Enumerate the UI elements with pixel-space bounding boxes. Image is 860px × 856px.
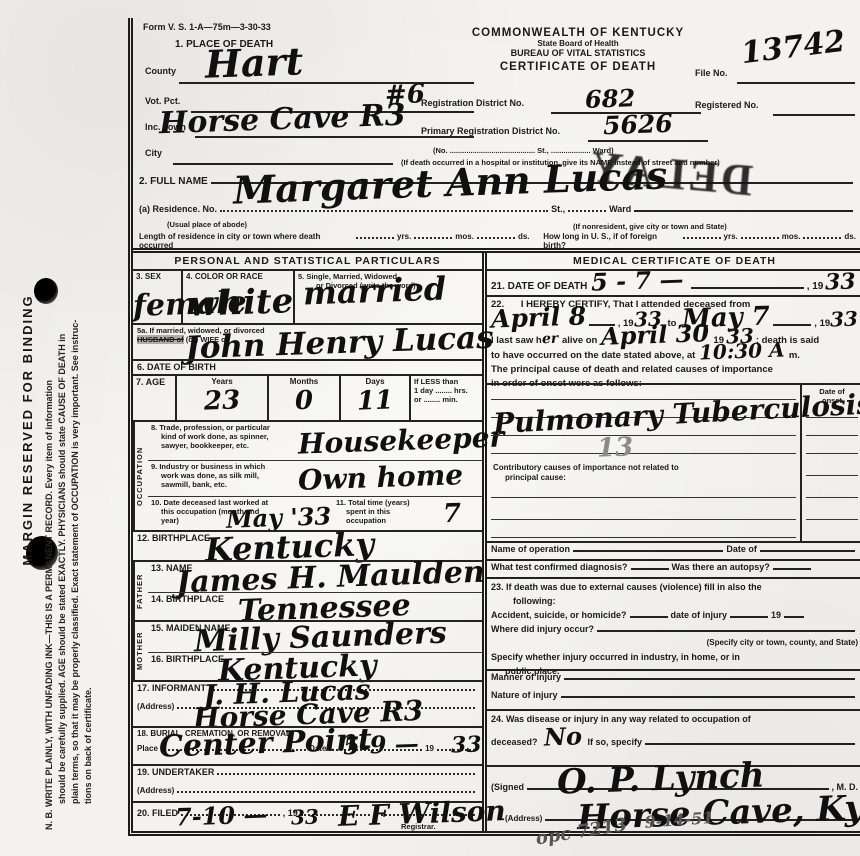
personal-title: PERSONAL AND STATISTICAL PARTICULARS (133, 253, 482, 269)
cause-rule (491, 497, 796, 498)
columns: PERSONAL AND STATISTICAL PARTICULARS 3. … (133, 248, 860, 831)
leader (356, 235, 394, 239)
operation-row: Name of operation Date of (487, 541, 860, 559)
certificate-title: CERTIFICATE OF DEATH (413, 61, 743, 73)
occupation-side-label: OCCUPATION (133, 422, 148, 530)
leader (573, 548, 723, 552)
death-certificate-scan: MARGIN RESERVED FOR BINDING N. B. WRITE … (0, 0, 860, 856)
registration-district-value: 682 (585, 83, 636, 114)
accident-label: Accident, suicide, or homicide? (491, 608, 627, 622)
age-days-cell: Days 11 (339, 376, 409, 420)
age-days-label: Days (344, 377, 406, 386)
informant-address-label: (Address) (137, 702, 174, 711)
to-19: , 19 (814, 317, 830, 331)
burial-19: 19 (425, 744, 434, 753)
age-years-cell: Years 23 (175, 376, 267, 420)
onset-rule (806, 417, 858, 418)
dod-19: , 19 (807, 281, 824, 292)
filed-year-value: 33 (291, 805, 320, 830)
nature-label: Nature of injury (491, 690, 558, 700)
industry-row: 9. Industry or business in which work wa… (148, 460, 482, 496)
filed-value: 7-10 — (175, 799, 268, 831)
binding-margin: MARGIN RESERVED FOR BINDING N. B. WRITE … (20, 30, 124, 830)
lastsaw-value: April 30 (601, 326, 709, 344)
dod-year: 33 (825, 268, 857, 295)
age-less-3: or ........ min. (414, 395, 479, 404)
leader (217, 771, 475, 775)
age-months-value: 0 (294, 386, 313, 417)
trade-value: Housekeeper (297, 420, 504, 460)
leader (803, 235, 841, 239)
attended-from-value: April 8 (491, 309, 587, 326)
leader (597, 628, 855, 632)
external-1: 23. If death was due to external causes … (491, 580, 858, 594)
state-board: State Board of Health (413, 39, 743, 48)
husband-struck: HUSBAND of (137, 335, 184, 344)
total-time-value: 7 (442, 499, 461, 530)
where-label: Where did injury occur? (491, 622, 594, 636)
personal-column: PERSONAL AND STATISTICAL PARTICULARS 3. … (133, 253, 487, 831)
ds-label: ds. (518, 232, 530, 241)
lastsaw-er: er (541, 332, 558, 347)
onset-label-2: onset (802, 396, 860, 405)
registered-no-label: Registered No. (695, 100, 759, 110)
address-label: (Address) (505, 814, 542, 823)
injury-19: 19 (771, 608, 781, 622)
dod-line (691, 285, 804, 289)
color-label: 4. COLOR OR RACE (186, 272, 263, 281)
leader (730, 614, 768, 618)
deceased-label: deceased? (491, 735, 538, 750)
yrs-label: yrs. (724, 232, 738, 241)
onset-rule (806, 475, 858, 476)
filed-row: 20. FILED , 19 7-10 — 33 E F Wilson Regi… (133, 801, 482, 831)
date-of-death-row: 21. DATE OF DEATH 5 - 7 — , 19 33 (487, 269, 860, 295)
full-name-row: 2. FULL NAME Margaret Ann Lucas DELAY (133, 176, 860, 204)
length-label: Length of residence in city or town wher… (139, 232, 353, 250)
father-side-label: FATHER (133, 562, 148, 620)
injury-date-label: date of injury (671, 608, 728, 622)
birthplace-label: 12. BIRTHPLACE (137, 533, 210, 543)
certify-block: 22. I HEREBY CERTIFY, That I attended de… (487, 295, 860, 383)
leader (773, 566, 811, 570)
margin-nb-line: should be carefully supplied. AGE should… (56, 30, 69, 830)
file-no-line (737, 82, 855, 84)
cause-rule (491, 537, 796, 538)
age-years-value: 23 (203, 385, 240, 416)
test-row: What test confirmed diagnosis? Was there… (487, 559, 860, 577)
residence-ward-line (568, 208, 606, 212)
occurred-m: m. (789, 349, 800, 363)
leader (477, 235, 515, 239)
certificate-form: Form V. S. 1-A—75m—3-30-33 1. PLACE OF D… (128, 18, 860, 836)
industry-value: Own home (297, 458, 463, 497)
occurred-text: to have occurred on the date stated abov… (491, 349, 695, 363)
dob-row: 6. DATE OF BIRTH (133, 359, 482, 374)
residence-line (220, 208, 548, 212)
file-no-value: 13742 (739, 24, 847, 71)
mother-block: MOTHER 15. MAIDEN NAME Milly Saunders 16… (133, 620, 482, 680)
registration-district-label: Registration District No. (421, 98, 524, 108)
manner-label: Manner of injury (491, 672, 561, 682)
external-2: following: (491, 594, 858, 608)
leader (683, 235, 721, 239)
where-note: (Specify city or town, county, and State… (491, 636, 858, 650)
leader (784, 614, 804, 618)
onset-label-1: Date of (802, 387, 860, 396)
operation-label: Name of operation (491, 544, 570, 554)
undertaker-row: 19. UNDERTAKER (Address) (133, 764, 482, 801)
leader (561, 694, 855, 698)
age-months-cell: Months 0 (267, 376, 339, 420)
informant-label: 17. INFORMANT (137, 683, 206, 693)
county-value: Hart (204, 38, 304, 86)
nonresident-note: (If nonresident, give city or town and S… (573, 222, 727, 231)
medical-column: MEDICAL CERTIFICATE OF DEATH 21. DATE OF… (487, 253, 860, 831)
informant-row: 17. INFORMANT J. H. Lucas (Address) Hors… (133, 680, 482, 726)
contributory-label-2: principal cause: (505, 473, 566, 482)
registrar-label: Registrar. (401, 822, 436, 831)
onset-rule (806, 519, 858, 520)
city-label: City (145, 148, 162, 158)
lastsaw-text: I last saw h (491, 334, 542, 348)
full-name-label: 2. FULL NAME (139, 176, 208, 187)
county-label: County (145, 66, 176, 76)
yrs-label: yrs. (397, 232, 411, 241)
inc-town-value: Horse Cave R3 (158, 98, 406, 142)
age-less-1: If LESS than (414, 377, 479, 386)
leader (630, 614, 668, 618)
primary-registration-value: 5626 (603, 109, 674, 140)
onset-column: Date of onset (800, 385, 860, 541)
occupation-question-block: 24. Was disease or injury in any way rel… (487, 709, 860, 765)
file-no-label: File No. (695, 68, 728, 78)
ds-label: ds. (844, 232, 856, 241)
onset-rule (806, 497, 858, 498)
father-block: FATHER 13. NAME James H. Maulden 14. BIR… (133, 560, 482, 620)
city-street-note: (No. ...................................… (433, 146, 614, 155)
nature-row: Nature of injury (487, 689, 860, 709)
sex-cell: 3. SEX female (133, 271, 183, 323)
burial-place-value: Center Point (158, 722, 372, 764)
burial-year-value: 33 (451, 731, 483, 758)
mos-label: mos. (782, 232, 801, 241)
age-less-2: 1 day ........ hrs. (414, 386, 479, 395)
cause-rule (491, 453, 796, 454)
form-number: Form V. S. 1-A—75m—3-30-33 (143, 22, 271, 32)
cause-rule (491, 519, 796, 520)
residence-notes: (Usual place of abode) (If nonresident, … (133, 220, 860, 232)
state-header: COMMONWEALTH OF KENTUCKY State Board of … (413, 27, 743, 73)
leader (414, 235, 452, 239)
sex-label: 3. SEX (136, 272, 161, 281)
q24-value: No (543, 728, 581, 744)
onset-rule (806, 435, 858, 436)
to-year: 33 (830, 312, 858, 327)
age-label-cell: 7. AGE (133, 376, 175, 420)
leader (645, 741, 855, 745)
cause-box: Pulmonary Tuberculosis. 13 Contributory … (487, 383, 860, 541)
vot-pct-label: Vot. Pct. (145, 96, 180, 106)
age-days-value: 11 (356, 385, 393, 416)
primary-registration-label: Primary Registration District No. (421, 126, 560, 136)
operation-date-label: Date of (726, 544, 757, 554)
age-years-label: Years (180, 377, 264, 386)
test-label: What test confirmed diagnosis? (491, 562, 628, 572)
margin-nb-line: N. B. WRITE PLAINLY, WITH UNFADING INK—T… (43, 30, 56, 830)
residence-st-label: St., (551, 204, 565, 214)
residence-line2 (634, 208, 853, 212)
last-worked-row: 10. Date deceased last worked at this oc… (148, 496, 482, 531)
burial-place-label: Place (137, 744, 158, 753)
cause-area: Pulmonary Tuberculosis. 13 Contributory … (487, 385, 800, 541)
occupation-block: OCCUPATION 8. Trade, profession, or part… (133, 420, 482, 530)
length-residence-row: Length of residence in city or town wher… (133, 232, 860, 248)
residence-ward-label: Ward (609, 204, 631, 214)
form-header: Form V. S. 1-A—75m—3-30-33 1. PLACE OF D… (133, 18, 860, 176)
mother-name-row: 15. MAIDEN NAME Milly Saunders (148, 622, 482, 652)
mother-birthplace-label: 16. BIRTHPLACE (151, 654, 224, 664)
residence-row: (a) Residence. No. St., Ward (133, 204, 860, 220)
mother-side-label: MOTHER (133, 622, 148, 680)
leader (760, 548, 855, 552)
marital-value: married (303, 285, 446, 299)
leader (631, 566, 669, 570)
leader (177, 789, 475, 793)
filed-label: 20. FILED (137, 808, 178, 818)
marital-cell: 5. Single, Married, Widowed or Divorced … (295, 271, 482, 323)
age-months-label: Months (272, 377, 336, 386)
burial-row: 18. BURIAL, CREMATION, OR REMOVAL Place … (133, 726, 482, 764)
spouse-row: 5a. If married, widowed, or divorced HUS… (133, 323, 482, 359)
specify-1: Specify whether injury occurred in indus… (491, 650, 858, 664)
dob-label: 6. DATE OF BIRTH (137, 362, 216, 372)
margin-nb-line: plain terms, so that it may be properly … (69, 30, 82, 830)
last-worked-cell: 10. Date deceased last worked at this oc… (148, 497, 333, 531)
dod-label: 21. DATE OF DEATH (491, 281, 587, 292)
alive-on: alive on (562, 334, 597, 348)
margin-nb-line: tions on back of certificate. (82, 30, 95, 830)
contributory-label-1: Contributory causes of importance not re… (493, 463, 773, 472)
mos-label: mos. (455, 232, 474, 241)
onset-rule (806, 453, 858, 454)
residence-label: (a) Residence. No. (139, 204, 217, 214)
commonwealth-title: COMMONWEALTH OF KENTUCKY (413, 27, 743, 39)
age-row: 7. AGE Years 23 Months 0 Days 11 (133, 374, 482, 420)
father-name-row: 13. NAME James H. Maulden (148, 562, 482, 592)
undertaker-address-label: (Address) (137, 786, 174, 795)
if-so-label: If so, specify (587, 735, 642, 750)
trade-row: 8. Trade, profession, or particular kind… (148, 422, 482, 460)
external-causes-block: 23. If death was due to external causes … (487, 577, 860, 669)
abode-note: (Usual place of abode) (167, 220, 247, 229)
cause-code-pencil: 13 (596, 432, 633, 463)
bureau: BUREAU OF VITAL STATISTICS (413, 48, 743, 58)
color-value: white (188, 281, 294, 325)
dod-value: 5 - 7 — (591, 264, 684, 296)
how-long-label: How long in U. S., if of foreign birth? (543, 232, 679, 250)
age-label: 7. AGE (136, 377, 165, 387)
leader (773, 322, 811, 326)
father-birthplace-label: 14. BIRTHPLACE (151, 594, 224, 604)
age-less-cell: If LESS than 1 day ........ hrs. or ....… (409, 376, 482, 420)
burial-date-value: 5-9 — (343, 729, 420, 761)
signed-label: (Signed (491, 782, 524, 792)
occurred-time: 10:30 A (699, 343, 785, 360)
leader (741, 235, 779, 239)
margin-binding-text: MARGIN RESERVED FOR BINDING (20, 30, 35, 830)
sex-color-marital-row: 3. SEX female 4. COLOR OR RACE white 5. … (133, 269, 482, 323)
autopsy-label: Was there an autopsy? (672, 562, 770, 572)
leader (564, 676, 855, 680)
registered-no-line (773, 114, 855, 116)
manner-row: Manner of injury (487, 669, 860, 689)
principal-text-1: The principal cause of death and related… (491, 363, 858, 377)
undertaker-label: 19. UNDERTAKER (137, 767, 214, 777)
color-cell: 4. COLOR OR RACE white (183, 271, 295, 323)
